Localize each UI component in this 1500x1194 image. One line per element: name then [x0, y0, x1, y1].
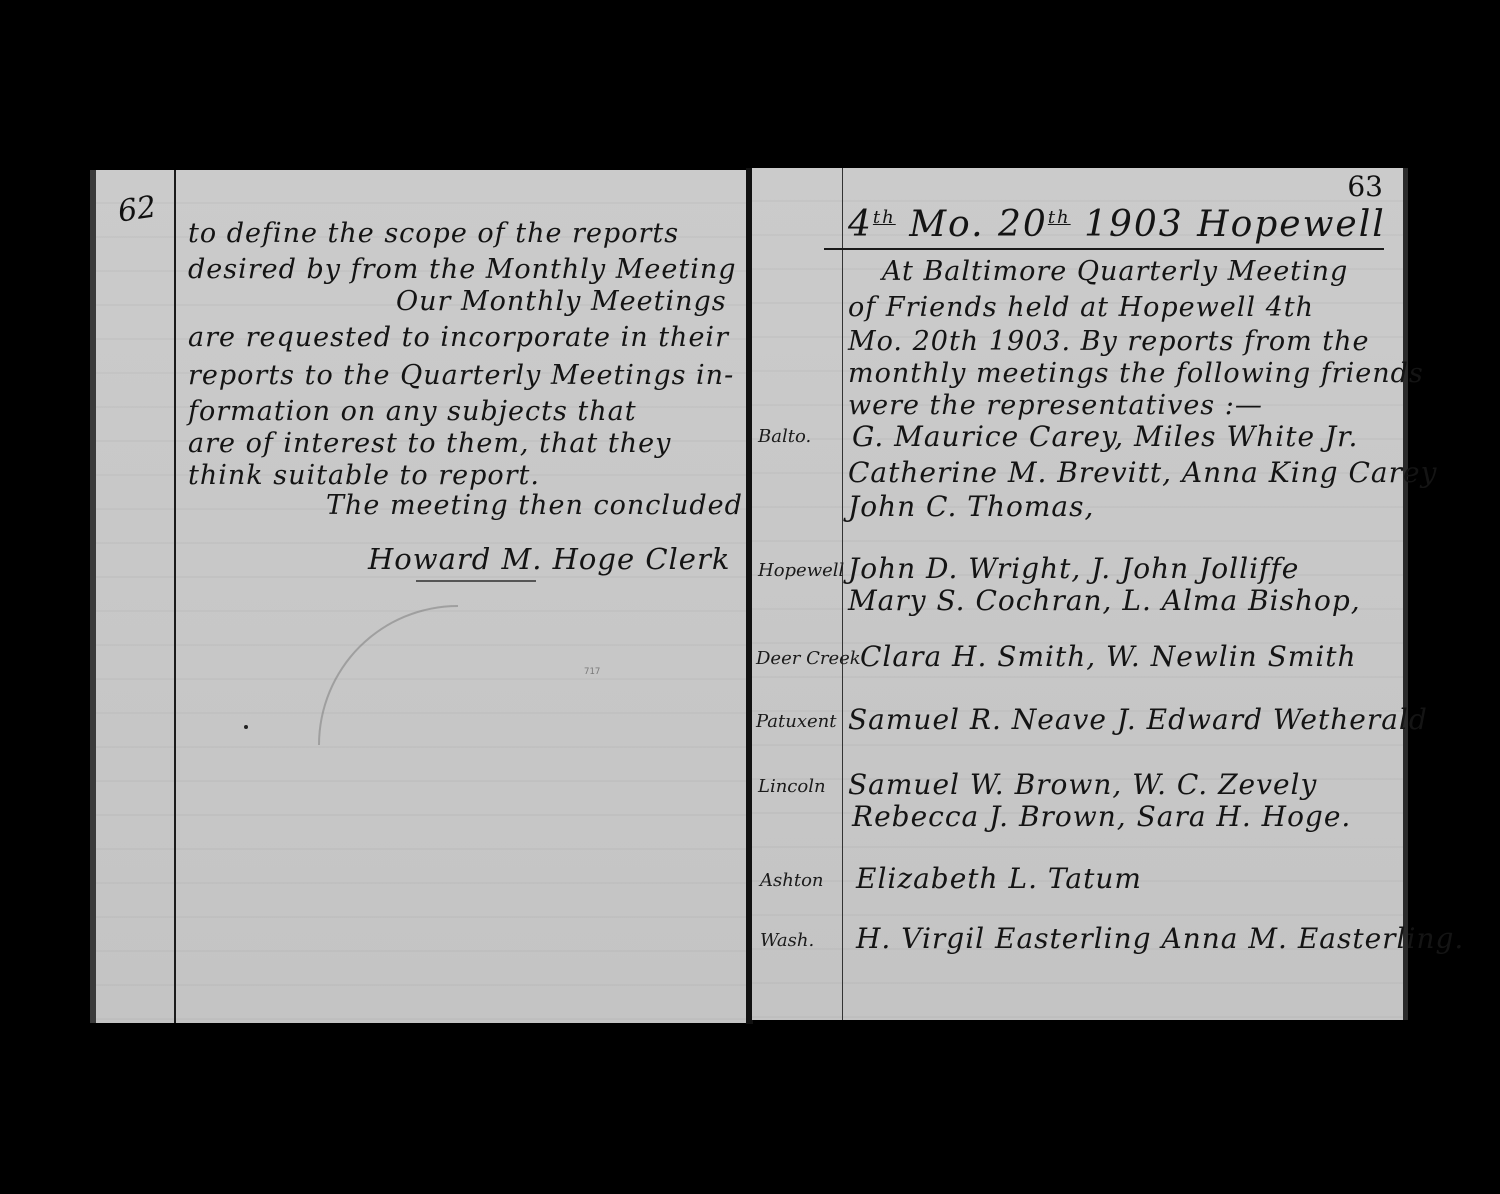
text-line: think suitable to report. [188, 460, 540, 491]
right-page: 63 4th Mo. 20th 1903 Hopewell At Baltimo… [752, 168, 1408, 1020]
representative-line: Elizabeth L. Tatum [856, 862, 1142, 895]
intro-line: monthly meetings the following friends [848, 358, 1424, 389]
intro-line: At Baltimore Quarterly Meeting [882, 256, 1348, 287]
clerk-signature: Howard M. Hoge Clerk [368, 542, 730, 576]
left-page: 62 to define the scope of the reports de… [90, 170, 747, 1023]
meeting-label-deer-creek: Deer Creek [756, 648, 861, 669]
intro-line: Mo. 20th 1903. By reports from the [848, 326, 1370, 357]
meeting-label-ashton: Ashton [760, 870, 824, 891]
heading-month-abbr: Mo. [909, 204, 984, 245]
representative-line: John D. Wright, J. John Jolliffe [848, 552, 1299, 585]
pencil-mark [318, 605, 458, 745]
intro-line: of Friends held at Hopewell 4th [848, 292, 1314, 323]
representative-line: Mary S. Cochran, L. Alma Bishop, [848, 584, 1361, 617]
ink-speck [244, 725, 248, 729]
meeting-label-hopewell: Hopewell [758, 560, 844, 581]
heading-day: 20 [998, 204, 1048, 245]
stamp-mark: 717 [584, 667, 600, 677]
text-line: desired by from the Monthly Meeting [188, 254, 737, 285]
meeting-label-wash: Wash. [760, 930, 814, 951]
signature-underline [416, 580, 536, 582]
meeting-label-balto: Balto. [758, 426, 811, 447]
heading-month-suffix: th [873, 207, 896, 228]
entry-heading: 4th Mo. 20th 1903 Hopewell [848, 204, 1386, 245]
scanned-ledger-spread: 62 to define the scope of the reports de… [0, 0, 1500, 1194]
margin-rule [842, 168, 843, 1020]
representative-line: Clara H. Smith, W. Newlin Smith [860, 640, 1357, 673]
heading-year: 1903 [1084, 204, 1184, 245]
heading-place: Hopewell [1197, 204, 1386, 245]
representative-line: Catherine M. Brevitt, Anna King Carey [848, 456, 1437, 489]
representative-line: John C. Thomas, [848, 490, 1094, 523]
text-line: The meeting then concluded [326, 490, 743, 521]
intro-line: were the representatives :— [848, 390, 1263, 421]
text-line: are of interest to them, that they [188, 428, 671, 459]
representative-line: H. Virgil Easterling Anna M. Easterling. [856, 922, 1464, 955]
meeting-label-patuxent: Patuxent [756, 711, 837, 732]
heading-underline [824, 248, 1384, 250]
representative-line: Rebecca J. Brown, Sara H. Hoge. [852, 800, 1351, 833]
representative-line: Samuel R. Neave J. Edward Wetherald [848, 703, 1428, 736]
margin-rule [174, 170, 176, 1023]
page-number: 63 [1347, 170, 1383, 203]
heading-month-num: 4 [848, 204, 873, 245]
text-line: are requested to incorporate in their [188, 322, 729, 353]
meeting-label-lincoln: Lincoln [758, 776, 826, 797]
text-line: Our Monthly Meetings [396, 286, 727, 317]
representative-line: G. Maurice Carey, Miles White Jr. [852, 420, 1358, 453]
representative-line: Samuel W. Brown, W. C. Zevely [848, 768, 1317, 801]
text-line: to define the scope of the reports [188, 218, 679, 249]
heading-day-suffix: th [1048, 207, 1071, 228]
page-number: 62 [116, 190, 159, 230]
text-line: reports to the Quarterly Meetings in- [188, 360, 734, 391]
text-line: formation on any subjects that [188, 396, 637, 427]
